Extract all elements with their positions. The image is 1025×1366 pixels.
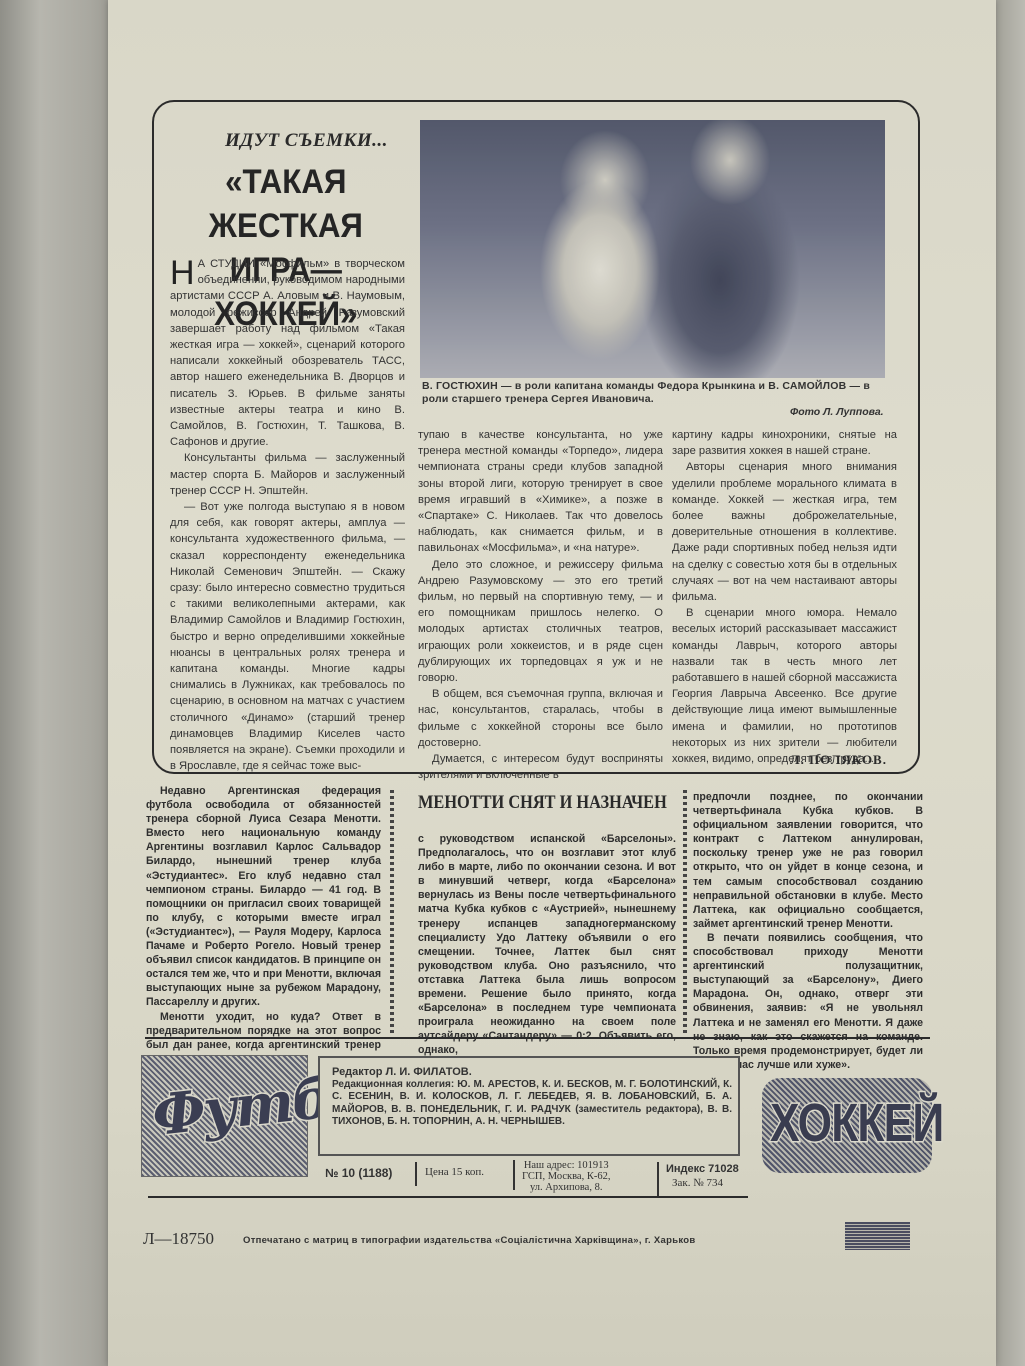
print-code: Л—18750 [143,1229,214,1249]
barcode-block [845,1222,910,1250]
hockey-column-1: НА СТУДИИ «Мосфильм» в творческом объеди… [170,256,405,775]
hockey-column-2: тупаю в качестве консультанта, но уже тр… [418,427,663,783]
separator [513,1160,515,1190]
hockey-column-3: картину кадры кинохроники, снятые на зар… [672,427,897,767]
paragraph: Недавно Аргентинская федерация футбола о… [146,784,381,1010]
column-divider [683,790,687,1035]
menotti-column-3: предпочли позднее, по окончании четверть… [693,790,923,1072]
hockey-logo: ХОККЕЙ [762,1078,932,1173]
paragraph: Авторы сценария много внимания уделили п… [672,459,897,605]
paragraph: Консультанты фильма — заслуженный мастер… [170,450,405,499]
paragraph: предпочли позднее, по окончании четверть… [693,790,923,931]
paragraph: — Вот уже полгода выступаю я в новом для… [170,499,405,774]
separator [415,1162,417,1186]
paragraph: В печати появились сообщения, что способ… [693,931,923,1072]
paragraph: картину кадры кинохроники, снятые на зар… [672,427,897,459]
author-signature: Л. ПОЛЯКОВ. [790,752,887,768]
footer-rule [148,1196,748,1198]
issue-number: № 10 (1188) [325,1166,392,1180]
index-block: Индекс 71028 Зак. № 734 [666,1162,739,1190]
column-divider [390,790,394,1035]
address-line: ул. Архипова, 8. [522,1182,610,1193]
subscription-index: Индекс 71028 [666,1162,739,1176]
paragraph: А СТУДИИ «Мосфильм» в творческом объедин… [170,258,405,448]
photo-actors [420,120,885,378]
paragraph: с руководством испанской «Барселоны». Пр… [418,832,676,1058]
address-line: ГСП, Москва, К-62, [522,1171,610,1182]
paragraph: тупаю в качестве консультанта, но уже тр… [418,427,663,557]
photo-credit: Фото Л. Луппова. [790,406,884,418]
football-logo: Футбол [141,1055,308,1177]
separator [657,1162,659,1196]
address-line: Наш адрес: 101913 [522,1160,610,1171]
section-rule [145,1037,930,1039]
price: Цена 15 коп. [425,1166,484,1178]
editorial-board: Редактор Л. И. ФИЛАТОВ. Редакционная кол… [332,1066,732,1129]
menotti-column-2: с руководством испанской «Барселоны». Пр… [418,832,676,1058]
photo-caption: В. ГОСТЮХИН — в роли капитана команды Фе… [422,380,887,406]
menotti-column-1: Недавно Аргентинская федерация футбола о… [146,784,381,1066]
address: Наш адрес: 101913 ГСП, Москва, К-62, ул.… [522,1160,610,1193]
paragraph: Думается, с интересом будут восприняты з… [418,751,663,783]
paragraph: Дело это сложное, и режиссеру фильма Анд… [418,557,663,687]
article-kicker: ИДУТ СЪЕМКИ... [225,130,388,152]
order-number: Зак. № 734 [666,1176,739,1190]
paragraph: В общем, вся съемочная группа, включая и… [418,686,663,751]
editor-name: Редактор Л. И. ФИЛАТОВ. [332,1066,732,1079]
menotti-headline: МЕНОТТИ СНЯТ И НАЗНАЧЕН [418,792,642,814]
hockey-logo-text: ХОККЕЙ [770,1092,943,1154]
dropcap: Н [170,258,195,288]
printing-note: Отпечатано с матриц в типографии издател… [243,1235,696,1246]
board-list: Редакционная коллегия: Ю. М. АРЕСТОВ, К.… [332,1079,732,1129]
editorial-box: Редактор Л. И. ФИЛАТОВ. Редакционная кол… [318,1056,740,1156]
paragraph: В сценарии много юмора. Немало веселых и… [672,605,897,767]
